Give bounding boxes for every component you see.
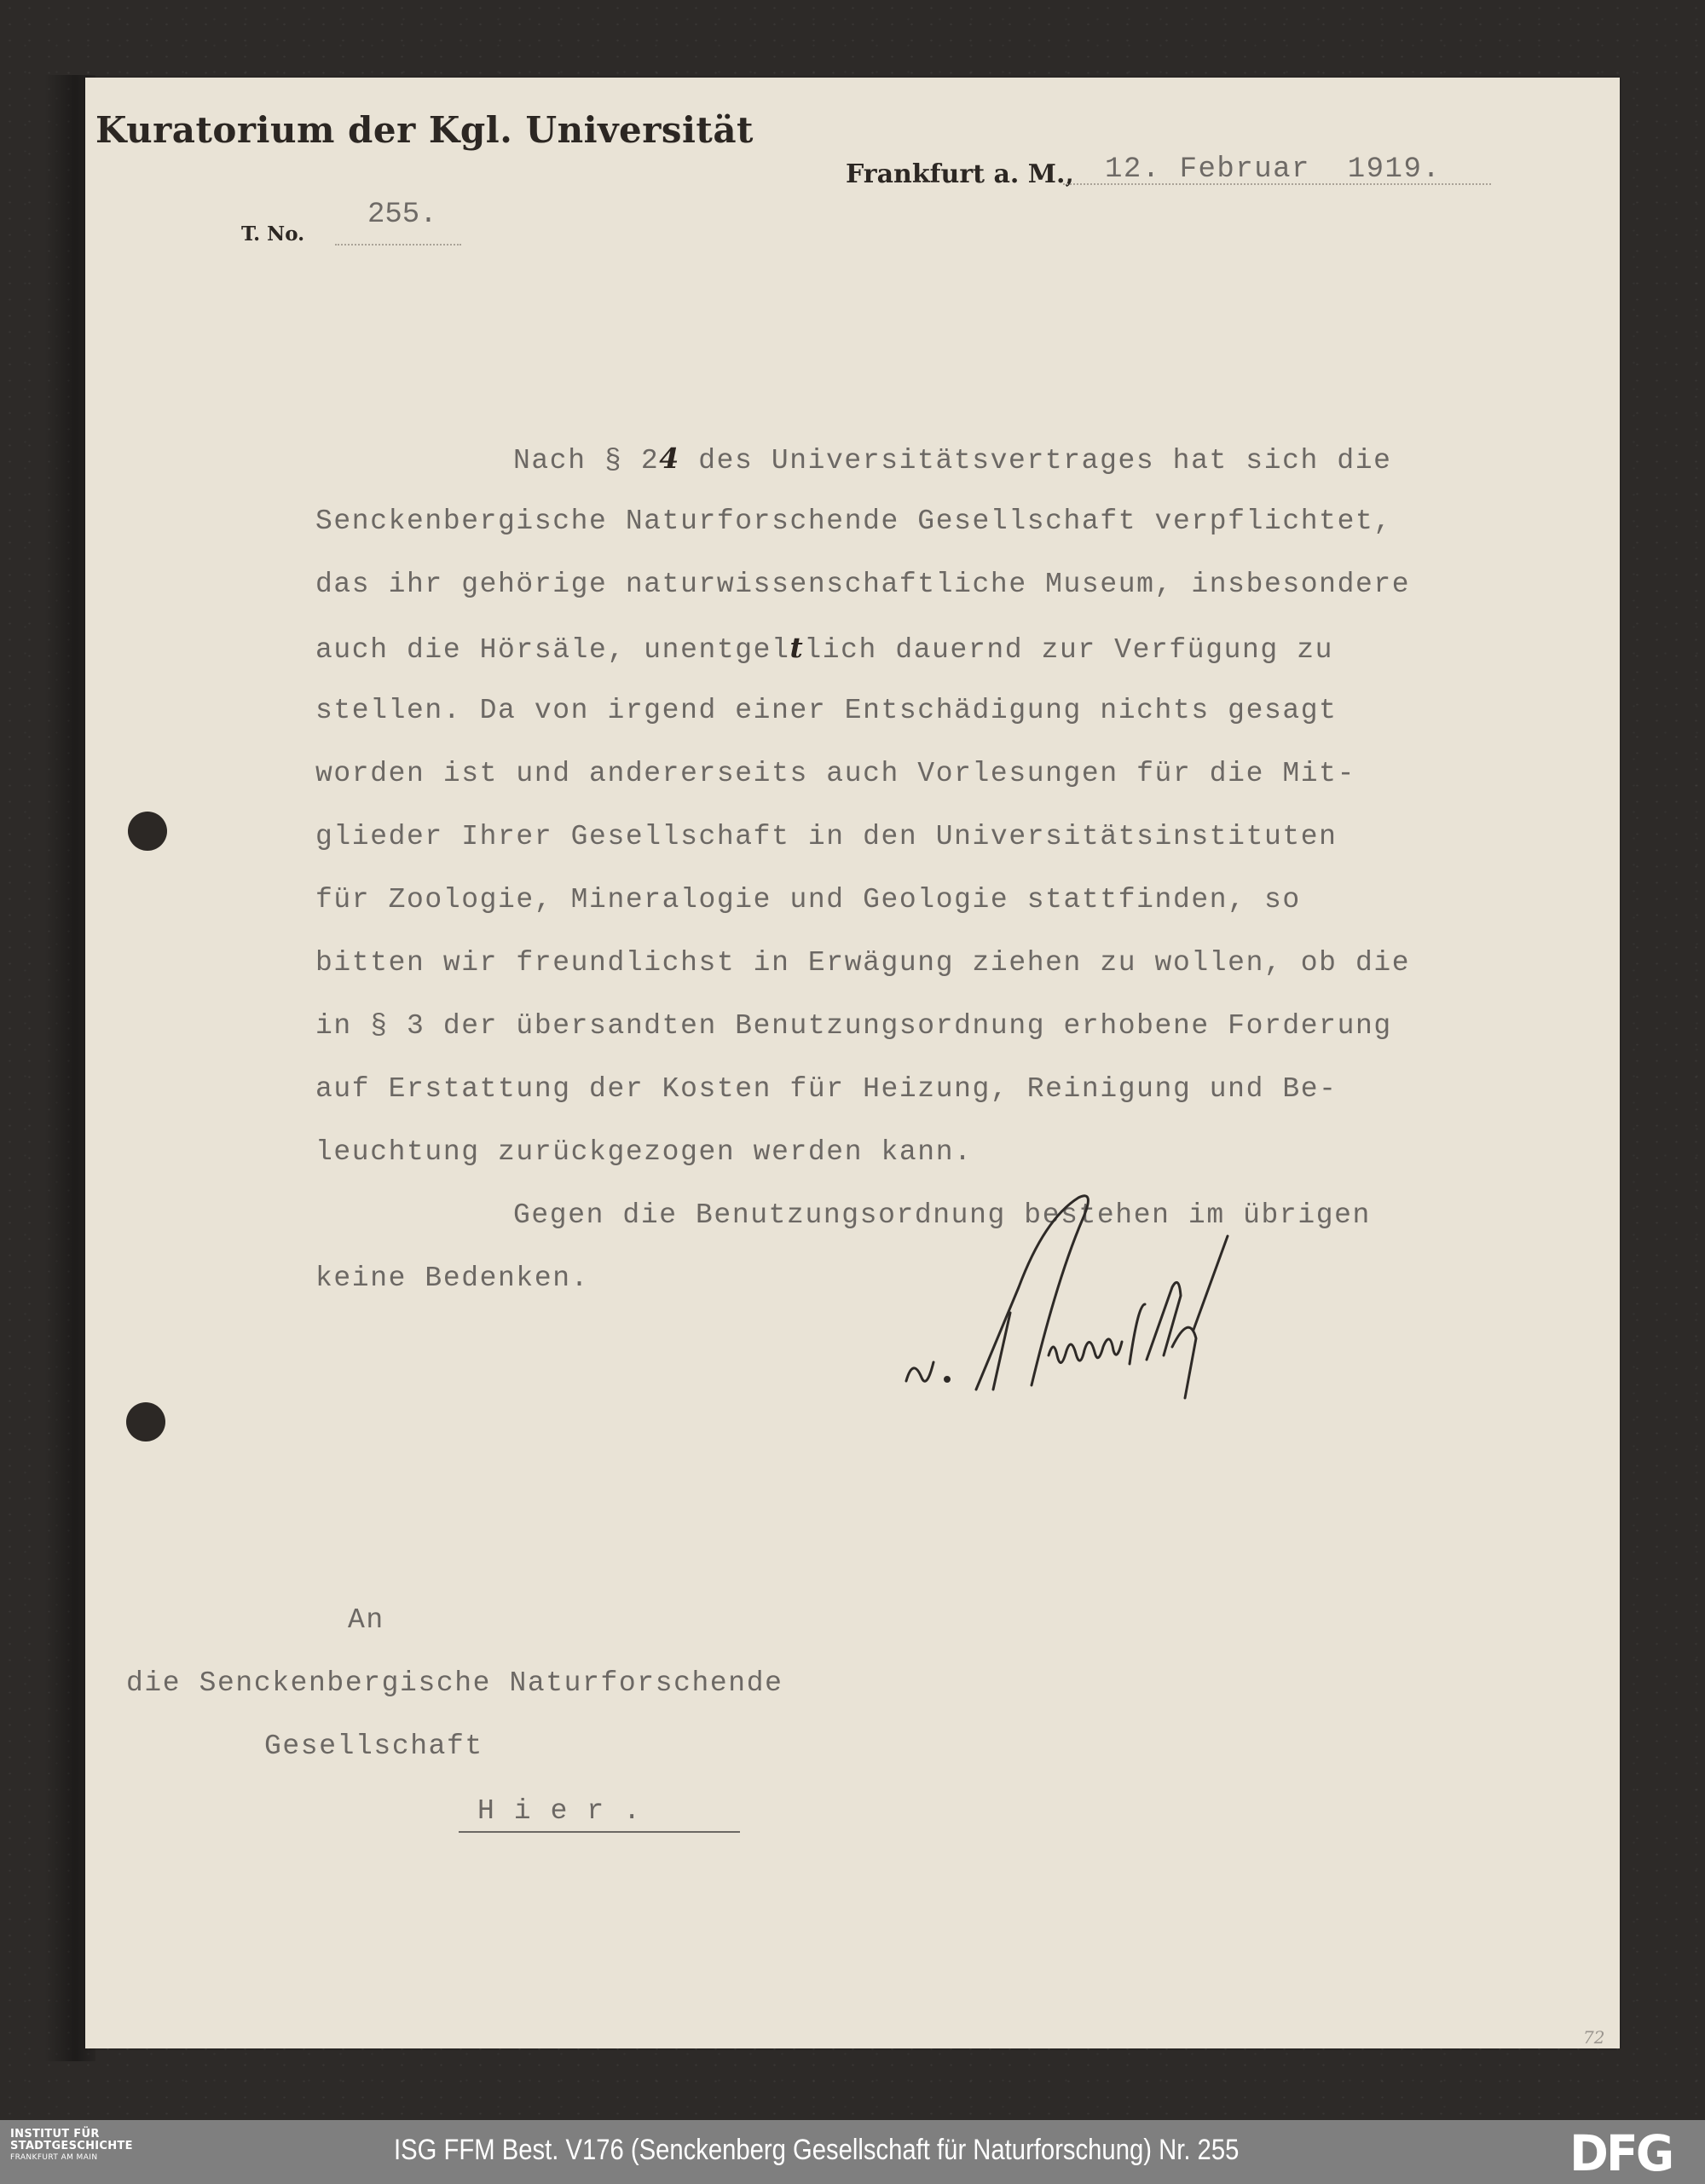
journal-number-label: T. No. xyxy=(241,222,304,246)
address-line-2: Gesellschaft xyxy=(264,1730,483,1762)
typed-text: lich dauernd zur Verfügung zu xyxy=(804,634,1333,666)
address-to: An xyxy=(348,1604,384,1636)
body-line: Nach § 24 des Universitätsvertrages hat … xyxy=(315,442,1534,505)
punch-hole-lower xyxy=(126,1402,165,1442)
letter-date: 12. Februar 1919. xyxy=(1105,153,1441,186)
body-line: glieder Ihrer Gesellschaft in den Univer… xyxy=(315,820,1534,883)
typed-text: Nach § 2 xyxy=(513,445,659,477)
place-label: Frankfurt a. M., xyxy=(846,159,1074,189)
institution-name-line-2: STADTGESCHICHTE xyxy=(10,2141,133,2152)
address-line-1: die Senckenbergische Naturforschende xyxy=(126,1667,783,1699)
handwritten-correction: t xyxy=(789,631,804,664)
address-line-3: H i e r . xyxy=(477,1795,642,1827)
institution-location: FRANKFURT AM MAIN xyxy=(10,2152,133,2163)
punch-hole-upper xyxy=(128,812,167,851)
body-line: das ihr gehörige naturwissenschaftliche … xyxy=(315,568,1534,631)
archive-footer-bar: INSTITUT FÜR STADTGESCHICHTE FRANKFURT A… xyxy=(0,2120,1705,2184)
body-line: Senckenbergische Naturforschende Gesells… xyxy=(315,505,1534,568)
letterhead-title: Kuratorium der Kgl. Universität xyxy=(95,109,754,151)
body-line: stellen. Da von irgend einer Entschädigu… xyxy=(315,694,1534,757)
dfg-logo: DFG xyxy=(1569,2129,1672,2178)
body-line: auch die Hörsäle, unentgeltlich dauernd … xyxy=(315,631,1534,694)
signature-icon xyxy=(891,1185,1402,1415)
archive-caption: ISG FFM Best. V176 (Senckenberg Gesellsc… xyxy=(394,2134,1239,2167)
institution-logo: INSTITUT FÜR STADTGESCHICHTE FRANKFURT A… xyxy=(10,2129,133,2163)
body-line: in § 3 der übersandten Benutzungsordnung… xyxy=(315,1009,1534,1072)
body-line: für Zoologie, Mineralogie und Geologie s… xyxy=(315,883,1534,946)
address-underline xyxy=(459,1831,740,1833)
body-line: worden ist und andererseits auch Vorlesu… xyxy=(315,757,1534,820)
journal-number: 255. xyxy=(367,199,437,231)
body-line: auf Erstattung der Kosten für Heizung, R… xyxy=(315,1072,1534,1135)
body-line: bitten wir freundlichst in Erwägung zieh… xyxy=(315,946,1534,1009)
institution-name-line-1: INSTITUT FÜR xyxy=(10,2129,133,2141)
typed-text: auch die Hörsäle, unentgel xyxy=(315,634,789,666)
archive-page-number: 72 xyxy=(1583,2027,1604,2048)
handwritten-correction: 4 xyxy=(659,442,680,475)
typed-text: des Universitätsvertrages hat sich die xyxy=(680,445,1392,477)
journal-number-dotted-line xyxy=(335,244,461,246)
